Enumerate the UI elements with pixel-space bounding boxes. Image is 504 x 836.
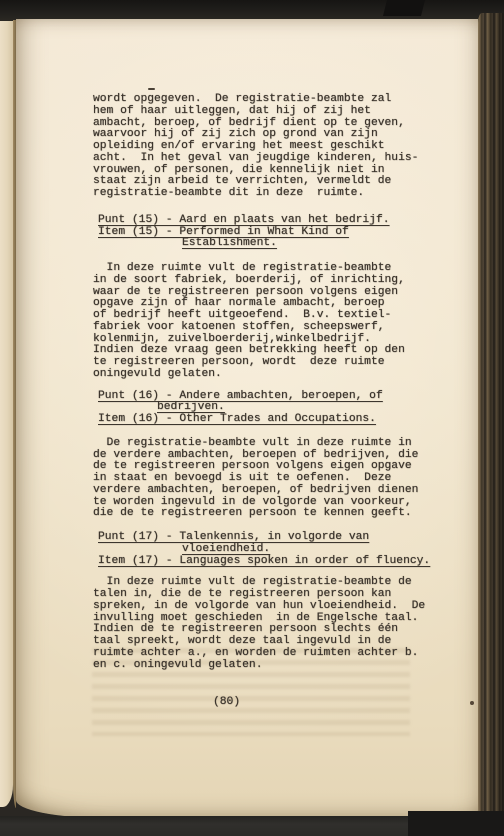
heading-line: Punt (15) - Aard en plaats van het bedri… bbox=[98, 215, 443, 227]
section-heading-punt-17: Punt (17) - Talenkennis, in volgorde van… bbox=[98, 532, 443, 567]
page-corner-shadow bbox=[383, 0, 425, 16]
heading-line: Punt (16) - Andere ambachten, beroepen, … bbox=[98, 391, 443, 403]
paragraph-item17: In deze ruimte vult de registratie-beamb… bbox=[93, 577, 443, 671]
heading-line: Establishment. bbox=[182, 238, 443, 250]
heading-line: Item (17) - Languages spoken in order of… bbox=[98, 556, 443, 568]
heading-line: vloeiendheid. bbox=[182, 544, 443, 556]
book-fore-edge bbox=[478, 13, 504, 812]
scan-top-edge bbox=[0, 0, 504, 21]
facing-page-edge bbox=[0, 21, 13, 807]
paragraph-item15: In deze ruimte vult de registratie-beamb… bbox=[93, 263, 443, 381]
page-content: wordt opgegeven. De registratie-beambte … bbox=[93, 94, 443, 709]
section-heading-punt-16: Punt (16) - Andere ambachten, beroepen, … bbox=[98, 391, 443, 426]
scanned-book-page: wordt opgegeven. De registratie-beambte … bbox=[0, 0, 504, 836]
page-number: (80) bbox=[213, 697, 443, 709]
paper-speck bbox=[470, 701, 474, 705]
section-heading-punt-15: Punt (15) - Aard en plaats van het bedri… bbox=[98, 215, 443, 250]
stray-ink-mark bbox=[148, 88, 155, 90]
paragraph-item14-continued: wordt opgegeven. De registratie-beambte … bbox=[93, 94, 443, 200]
heading-line: Punt (17) - Talenkennis, in volgorde van bbox=[98, 532, 443, 544]
paragraph-item16: De registratie-beambte vult in deze ruim… bbox=[93, 438, 443, 520]
heading-line: Item (16) - Other Trades and Occupations… bbox=[98, 414, 443, 426]
scan-bottom-corner bbox=[408, 811, 504, 836]
